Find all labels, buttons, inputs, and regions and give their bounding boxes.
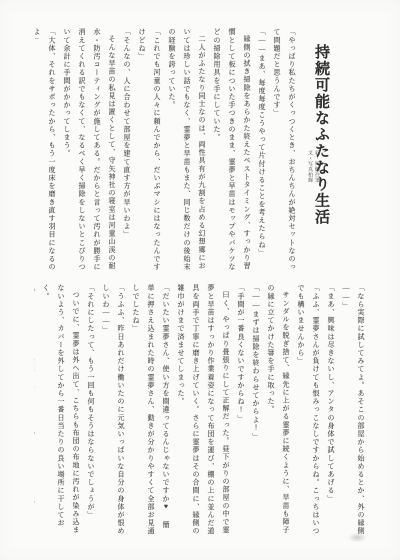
paragraph: 曰く、やっぱり畳張りにして正解だった。昼下がりの部屋の中で霊夢と早苗はすっかり作… — [173, 284, 233, 536]
paragraph: 「やっぱり私たちがくっつくとき、おちんちんが絶対セットなのって問題だと思うんです… — [269, 28, 299, 274]
paragraph: 二人がふたなり同士なのは、両性具有が九割を占める幻想郷においては珍しい話でもなく… — [164, 28, 209, 274]
print-smudge — [349, 533, 366, 542]
paragraph: 「もしかしてこれ、全部仕込んでたんじゃないですか~。流石ですね、早苗さん♥」 — [34, 284, 38, 536]
paragraph: 「大体、それをサボったから、もう一度床を磨き直す羽目になるのよ」 — [35, 28, 59, 274]
paragraph: 「だいたい霊夢さん、使い方を間違ってるんじゃないですか♥ 簡単に押さえ込まれた時… — [128, 284, 173, 536]
paragraph: 「うふふ、昨日あれだけ働いたのに元気いっぱいな自分の身体が恨めしいわ――」 — [98, 284, 128, 536]
credit-text: 文・写真柏輝 — [306, 150, 313, 218]
credits: 絵・吟醸往筆 文・写真柏輝 — [304, 150, 320, 218]
paragraph: 「まあ、興味は尽きないし、アンタの身体で試してあげる」 — [323, 284, 338, 536]
paragraph: 縁側の拭き掃除をあらかた終えたベストタイミング、すっかり習慣として板についた手つ… — [209, 28, 254, 274]
article-body-top: 「やっぱり私たちがくっつくとき、おちんちんが絶対セットなのって問題だと思うんです… — [35, 28, 299, 274]
scanned-document-page: 持続可能なふたなり生活 絵・吟醸往筆 文・写真柏輝 「やっぱり私たちがくっつくと… — [0, 0, 400, 560]
paragraph: そんな早苗の私見は置くとして、守矢神社の寝室は河童山渓の耐水・防汚コーティングが… — [59, 28, 119, 274]
paragraph: 「そんなの、人に合わせて部屋を建て直す方が早いわよ」 — [119, 28, 134, 274]
paragraph: 「ふふ、霊夢さんが負けても恨みっこなしですからね。こっちはいつでも構いませんから… — [293, 284, 323, 536]
article-body-bottom: 「なら実際に試してみてよ。あそこの部屋から始めるとか、外の縁側――」 「まあ、興… — [34, 284, 368, 536]
paragraph: 「手間が一番良くないですからね!」 — [233, 284, 248, 536]
paragraph: サンダルを脱ぎ捨て、縁先に上がる霊夢に続くように、早苗も障子の縁に立てかけた箒を… — [263, 284, 293, 536]
paragraph: 「それにしたって、もう一回も何もそうはならないでしょうが」 — [83, 284, 98, 536]
credit-art: 絵・吟醸往筆 — [313, 150, 320, 218]
paragraph: 「――まあ、毎度毎度こうやって片付けることを考えたらね」 — [254, 28, 269, 274]
paragraph: 「――まずは掃除を終わらせてからよ!」 — [248, 284, 263, 536]
paragraph: 「これでも河童の人々に頼んでから、だいぶマシにはなったんですけどね」 — [134, 28, 164, 274]
paragraph: 「なら実際に試してみてよ。あそこの部屋から始めるとか、外の縁側――」 — [338, 284, 368, 536]
paragraph: ついでに、霊夢は外へ出て、こちらも布団の布地に汚れが染み込まないよう、カバーを外… — [38, 284, 83, 536]
